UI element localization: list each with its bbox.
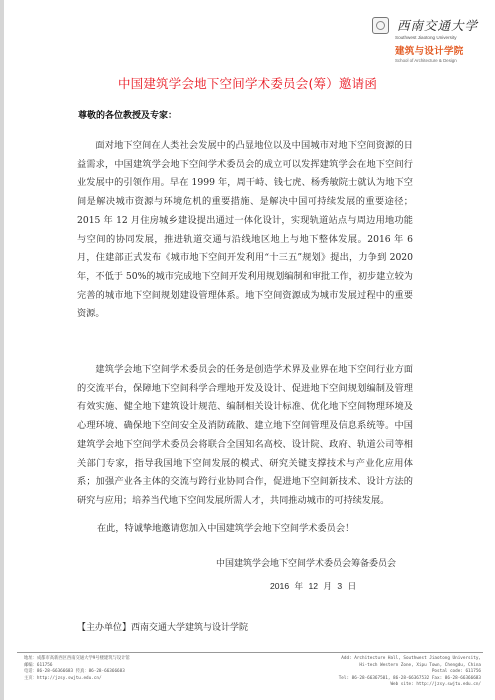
- footer-website-cn: 主页：http://jzsy.swjtu.edu.cn/: [24, 676, 130, 683]
- university-name-cn: 西南交通大学: [397, 16, 478, 34]
- body-paragraph-1: 面对地下空间在人类社会发展中的凸显地位以及中国城市对地下空间资源的日益需求，中国…: [77, 137, 413, 324]
- school-name-en: School of Architecture & Design: [395, 58, 492, 63]
- footer-address-en-1: Add: Architecture Hall, Southwest Jiaoto…: [339, 656, 481, 663]
- footer-contact-en: Add: Architecture Hall, Southwest Jiaoto…: [339, 656, 481, 689]
- university-name-en: Southwest Jiaotong University: [395, 35, 492, 40]
- footer-website-en: Web site: http://jzsy.swjtu.edu.cn/: [339, 682, 481, 689]
- letter-title: 中国建筑学会地下空间学术委员会(筹）邀请函: [0, 74, 495, 92]
- sponsor-line: 【主办单位】西南交通大学建筑与设计学院: [77, 620, 248, 633]
- signature-organization: 中国建筑学会地下空间学术委员会筹备委员会: [216, 556, 396, 569]
- footer-phone-cn: 电话：86-28-66366683 传真：86-28-66366683: [24, 669, 130, 676]
- footer-contact-cn: 地址：成都市高新西区西南交通大学9号楼建筑与设计馆 邮编：611756 电话：8…: [24, 656, 130, 682]
- footer-address-cn: 地址：成都市高新西区西南交通大学9号楼建筑与设计馆: [24, 656, 130, 663]
- paragraph-text: 面对地下空间在人类社会发展中的凸显地位以及中国城市对地下空间资源的日益需求，中国…: [77, 137, 413, 324]
- footer-divider: [17, 652, 483, 653]
- page-edge: [0, 0, 4, 700]
- signature-date: 2016 年 12 月 3 日: [270, 580, 356, 592]
- university-seal-icon: [372, 17, 389, 34]
- closing-line: 在此，特诚挚地邀请您加入中国建筑学会地下空间学术委员会！: [97, 520, 354, 534]
- school-name-cn: 建筑与设计学院: [395, 43, 492, 57]
- salutation: 尊敬的各位教授及专家：: [78, 108, 177, 121]
- university-logo: 西南交通大学 Southwest Jiaotong University 建筑与…: [372, 16, 492, 66]
- body-paragraph-2: 建筑学会地下空间学术委员会的任务是创造学术界及业界在地下空间行业方面的交流平台，…: [77, 361, 413, 511]
- paragraph-text: 建筑学会地下空间学术委员会的任务是创造学术界及业界在地下空间行业方面的交流平台，…: [77, 361, 413, 511]
